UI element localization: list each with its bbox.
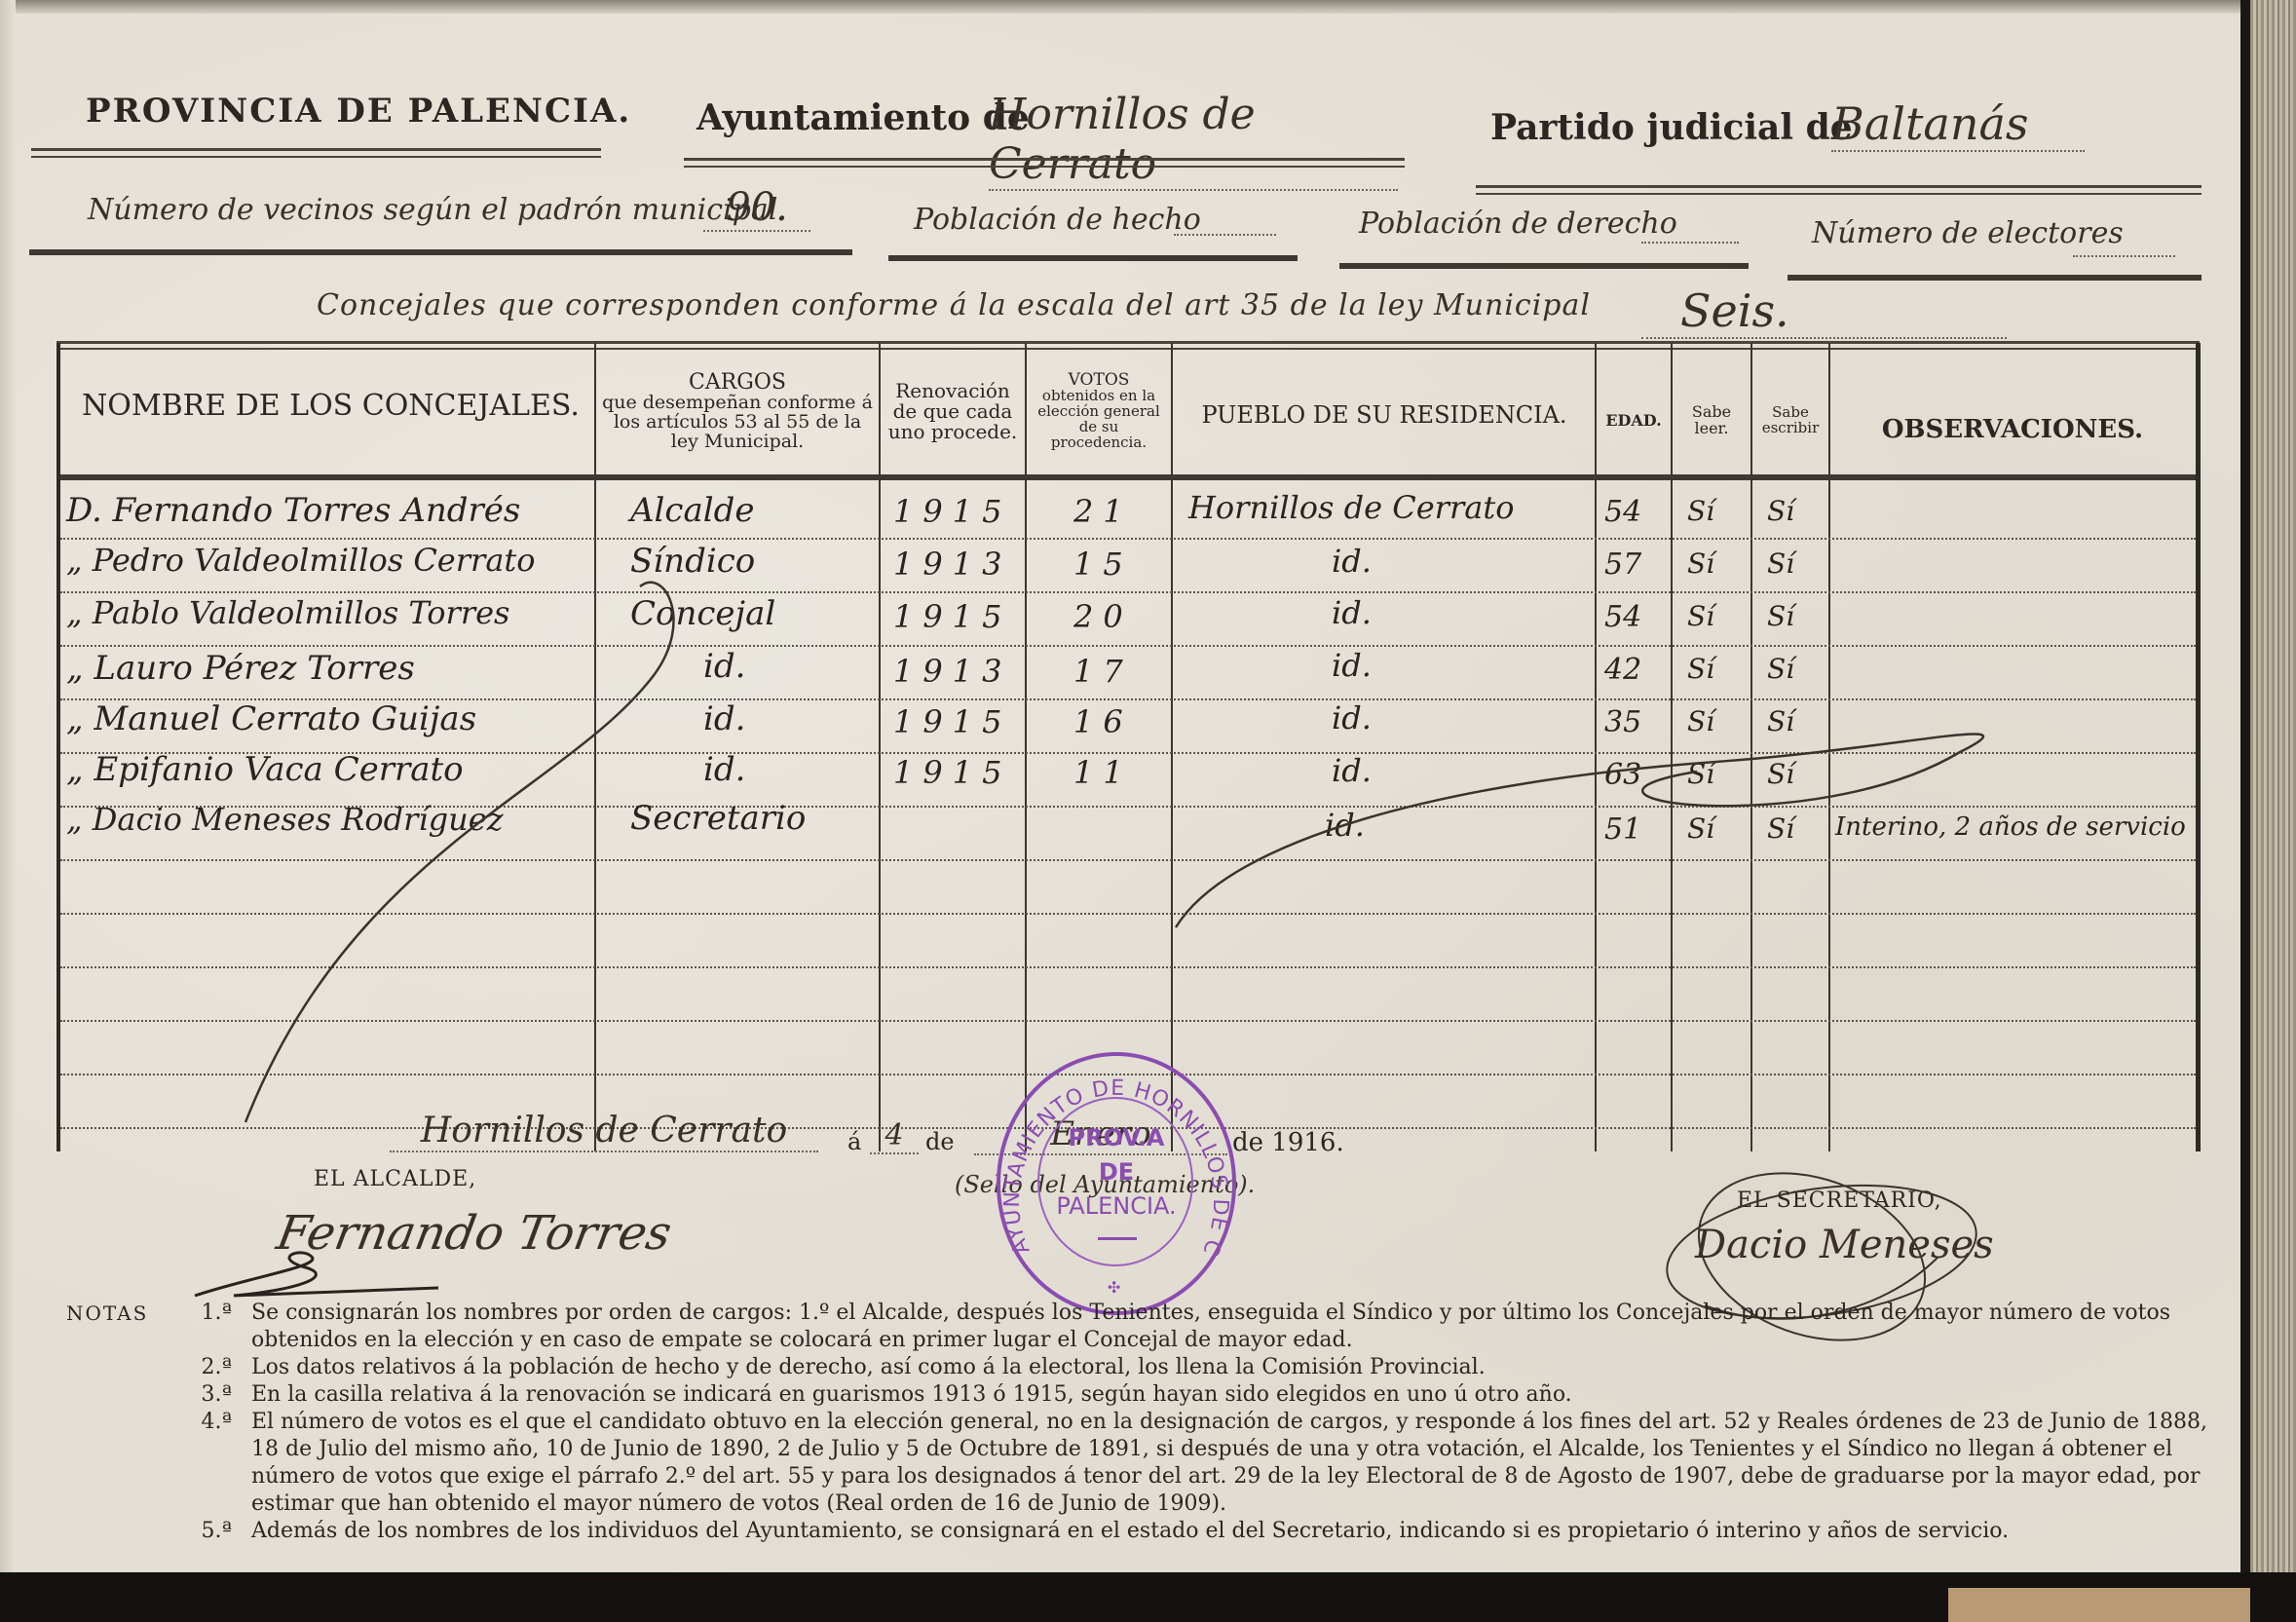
note-item: 2.ª Los datos relativos á la población d… — [144, 1354, 2209, 1381]
province-rule — [31, 148, 601, 158]
note-text: Los datos relativos á la población de he… — [251, 1354, 2209, 1381]
underlying-page-corner — [1948, 1588, 2250, 1622]
footer-place: Hornillos de Cerrato — [390, 1111, 818, 1152]
stamp-dash — [1098, 1237, 1137, 1240]
partido-rule — [1476, 185, 2202, 195]
concejales-value: Seis. — [1641, 284, 2007, 339]
stamp-ornament-icon: ✣ — [1108, 1278, 1120, 1297]
note-number: 1.ª — [144, 1300, 251, 1354]
stamp-line1: PROV.A — [1000, 1124, 1232, 1151]
note-text: El número de votos es el que el candidat… — [251, 1409, 2209, 1518]
poblacion-derecho-label: Población de derecho — [1359, 207, 1677, 241]
partido-label: Partido judicial de — [1490, 107, 1853, 148]
footer-year: de 1916. — [1232, 1128, 1344, 1157]
note-number: 4.ª — [144, 1409, 251, 1518]
alcalde-label: EL ALCALDE, — [314, 1167, 476, 1191]
concejales-table: NOMBRE DE LOS CONCEJALES. CARGOS que des… — [56, 343, 2203, 1151]
alcalde-rubric-icon — [175, 1227, 468, 1305]
note-number: 2.ª — [144, 1354, 251, 1381]
book-page-edges — [2250, 0, 2296, 1622]
note-item: 1.ª Se consignarán los nombres por orden… — [144, 1300, 2209, 1354]
stamp-line3: PALENCIA. — [1000, 1192, 1232, 1220]
poblacion-hecho-label: Población de hecho — [914, 203, 1201, 237]
closing-flourish-icon — [60, 343, 2196, 1151]
note-number: 3.ª — [144, 1381, 251, 1409]
note-number: 5.ª — [144, 1518, 251, 1545]
footer-de-label: de — [925, 1128, 955, 1155]
electores-rule — [1788, 275, 2202, 281]
municipal-stamp: AYUNTAMIENTO DE HORNILLOS DE CERRATO PRO… — [997, 1052, 1236, 1315]
note-text: Se consignarán los nombres por orden de … — [251, 1300, 2209, 1354]
note-text: En la casilla relativa á la renovación s… — [251, 1381, 2209, 1409]
table-right-border — [2196, 343, 2201, 1151]
notes-label: NOTAS — [66, 1300, 148, 1327]
page-top-edge — [0, 0, 2240, 14]
note-item: 5.ª Además de los nombres de los individ… — [144, 1518, 2209, 1545]
partido-value: Baltanás — [1831, 97, 2085, 152]
note-text: Además de los nombres de los individuos … — [251, 1518, 2209, 1545]
vecinos-label: Número de vecinos según el padrón munici… — [88, 193, 777, 227]
document-page: PROVINCIA DE PALENCIA. Ayuntamiento de H… — [0, 0, 2240, 1572]
stamp-line2: DE — [1000, 1158, 1232, 1186]
poblacion-derecho-rule — [1339, 263, 1749, 269]
province-label: PROVINCIA DE PALENCIA. — [86, 92, 631, 131]
ayuntamiento-label: Ayuntamiento de — [696, 97, 1030, 138]
concejales-label: Concejales que corresponden conforme á l… — [317, 288, 1591, 322]
ayuntamiento-value: Hornillos de Cerrato — [989, 90, 1398, 191]
notes-section: NOTAS 1.ª Se consignarán los nombres por… — [66, 1300, 2209, 1545]
poblacion-hecho-rule — [888, 255, 1298, 261]
footer-day: 4 — [870, 1118, 919, 1154]
note-item: 4.ª El número de votos es el que el cand… — [144, 1409, 2209, 1518]
vecinos-value: 90. — [703, 185, 810, 232]
vecinos-rule — [29, 249, 852, 255]
electores-label: Número de electores — [1812, 216, 2124, 250]
footer-a-label: á — [847, 1128, 861, 1155]
poblacion-hecho-value — [1174, 234, 1276, 236]
poblacion-derecho-value — [1641, 242, 1739, 244]
ayuntamiento-rule — [684, 158, 1405, 168]
note-item: 3.ª En la casilla relativa á la renovaci… — [144, 1381, 2209, 1409]
electores-value — [2073, 255, 2175, 257]
page-left-edge — [0, 0, 16, 1572]
